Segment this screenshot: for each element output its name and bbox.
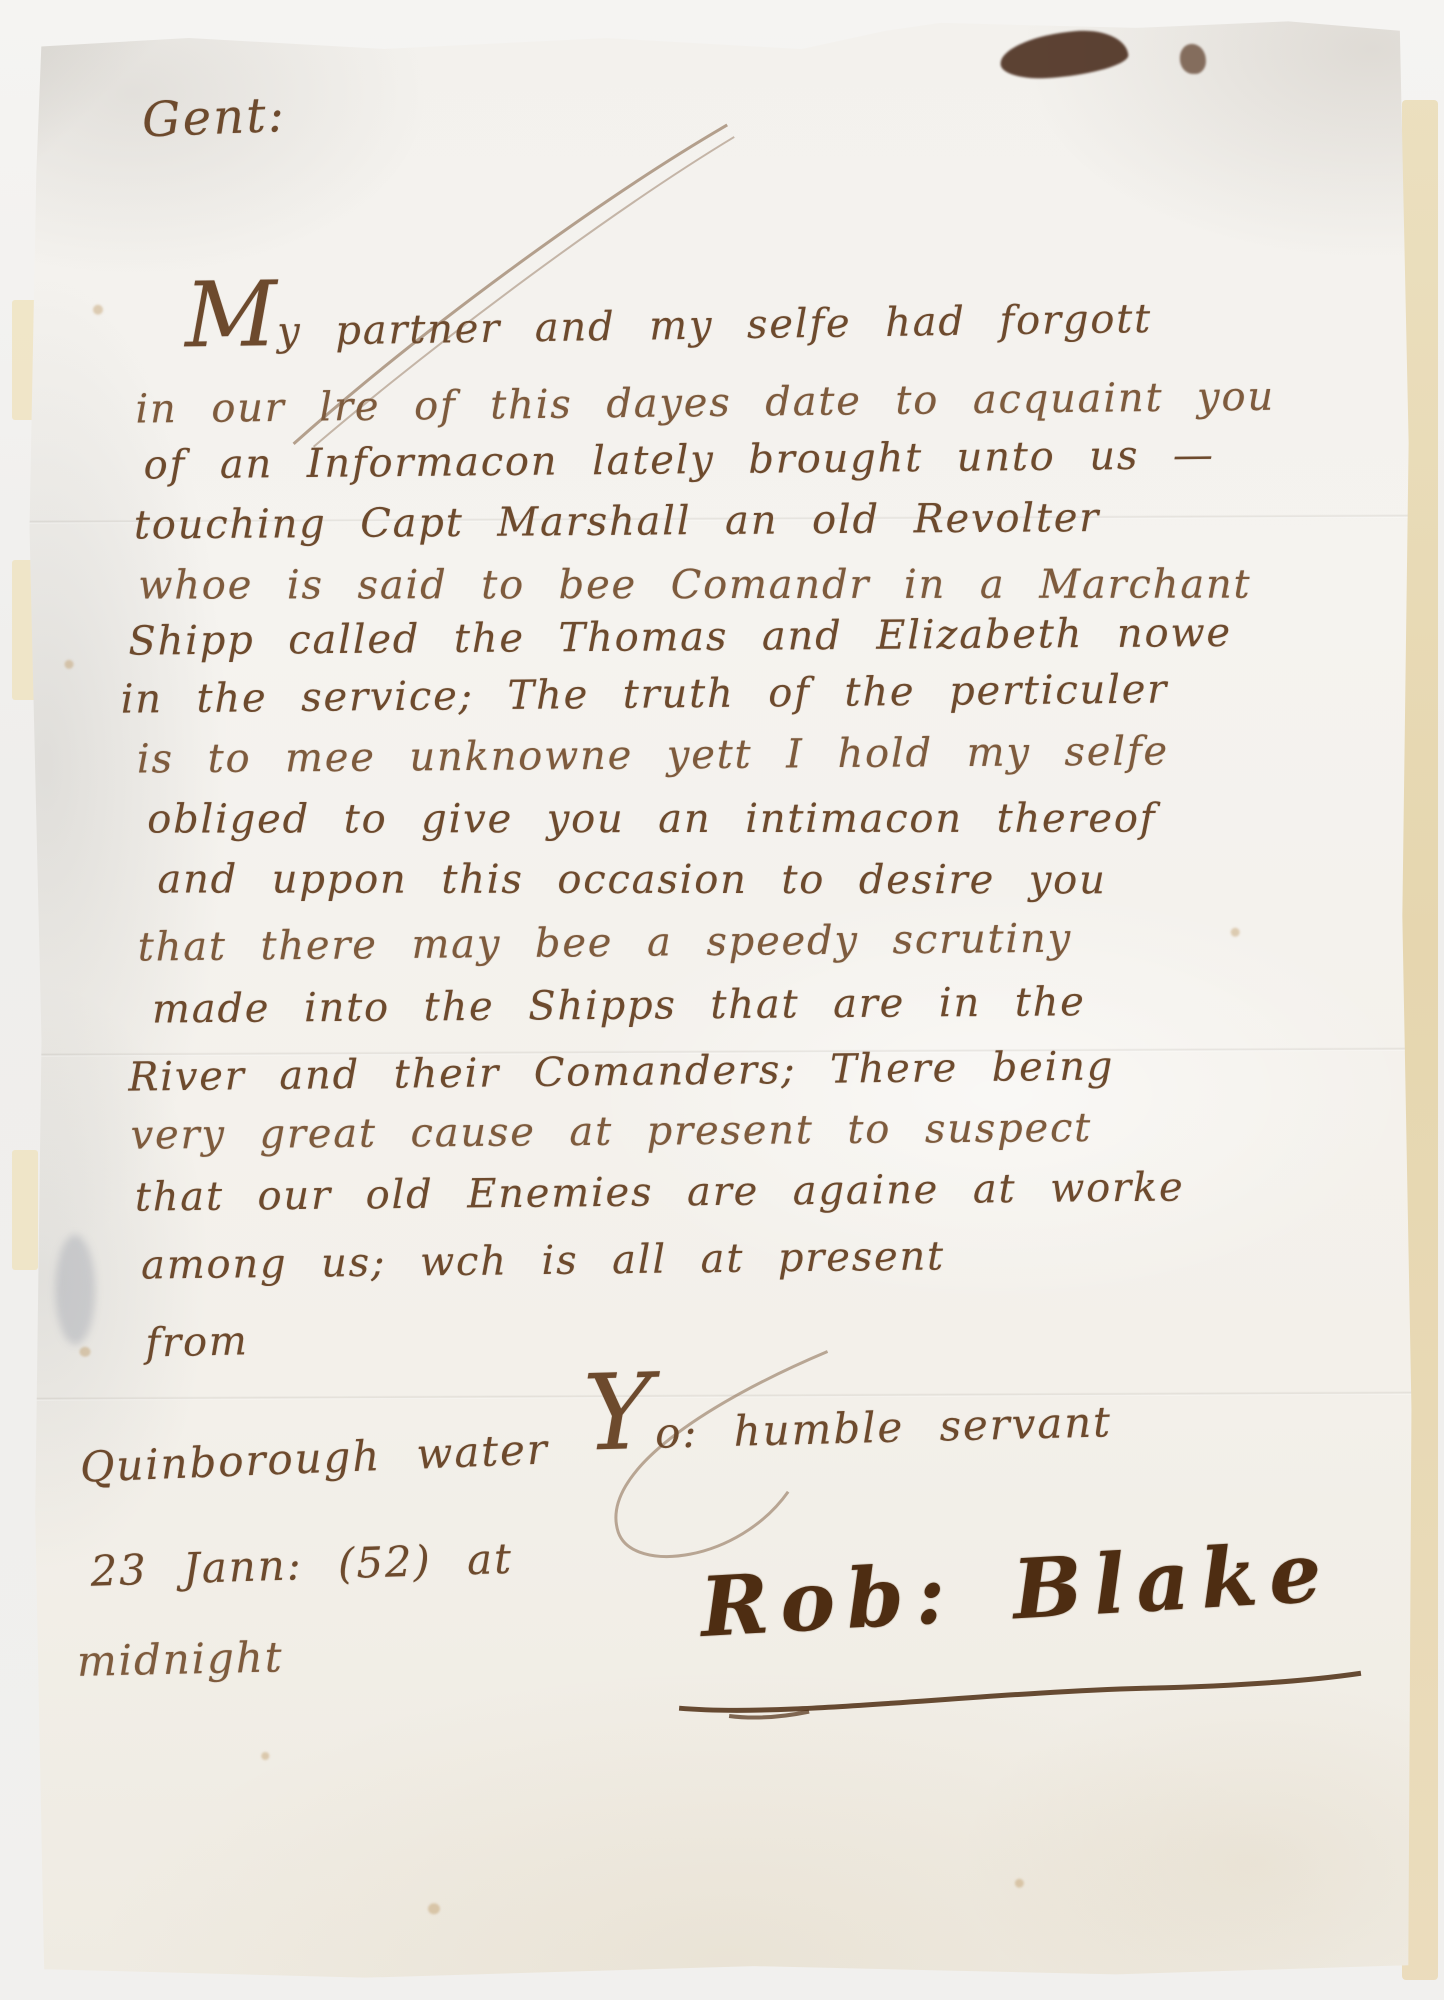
letter-line: touching Capt Marshall an old Revolter: [134, 495, 1101, 549]
letter-line: in the service; The truth of the perticu…: [120, 667, 1168, 723]
letter-line: very great cause at present to suspect: [130, 1105, 1092, 1159]
letter-line: in our lre of this dayes date to acquain…: [135, 374, 1275, 433]
letter-paper: Gent: My partner and my selfe had forgot…: [22, 9, 1423, 1987]
ink-smudge: [55, 1235, 95, 1345]
letter-line: from: [145, 1318, 249, 1366]
signature-underline-flourish: [669, 1661, 1369, 1724]
fold-crease: [28, 1391, 1420, 1401]
letter-line: is to mee unknowne yett I hold my selfe: [137, 728, 1169, 782]
letter-line: made into the Shipps that are in the: [152, 979, 1086, 1032]
letter-line: River and their Comanders; There being: [128, 1043, 1114, 1100]
ink-blot: [998, 26, 1130, 84]
letter-line: whoe is said to bee Comandr in a Marchan…: [138, 562, 1251, 609]
letter-line: My partner and my selfe had forgott: [185, 296, 1152, 356]
salutation: Gent:: [141, 87, 287, 149]
foxing-spot: [1231, 928, 1240, 937]
foxing-spot: [80, 1347, 91, 1357]
foxing-spot: [1015, 1879, 1024, 1888]
closing: Yo: humble servant: [583, 1397, 1112, 1459]
dateline-place: Quinborough water: [79, 1424, 549, 1491]
foxing-spot: [261, 1752, 269, 1760]
letter-line: that there may bee a speedy scrutiny: [138, 916, 1073, 971]
tape-remnant: [12, 1150, 38, 1270]
foxing-spot: [428, 1903, 440, 1914]
letter-line: Shipp called the Thomas and Elizabeth no…: [128, 610, 1232, 665]
photo-background: Gent: My partner and my selfe had forgot…: [0, 0, 1444, 2000]
foxing-spot: [65, 660, 74, 669]
signature: Rob: Blake: [698, 1524, 1335, 1656]
letter-line: of an Informacon lately brought unto us …: [143, 432, 1214, 488]
ink-blot: [1180, 44, 1206, 74]
letter-line: and uppon this occasion to desire you: [157, 856, 1106, 903]
foxing-spot: [93, 305, 103, 315]
dateline-time: midnight: [76, 1632, 284, 1685]
dateline-date: 23 Jann: (52) at: [90, 1534, 514, 1596]
letter-line: obliged to give you an intimacon thereof: [147, 796, 1156, 843]
letter-line: that our old Enemies are againe at worke: [135, 1164, 1185, 1220]
letter-line: among us; wch is all at present: [141, 1233, 945, 1288]
